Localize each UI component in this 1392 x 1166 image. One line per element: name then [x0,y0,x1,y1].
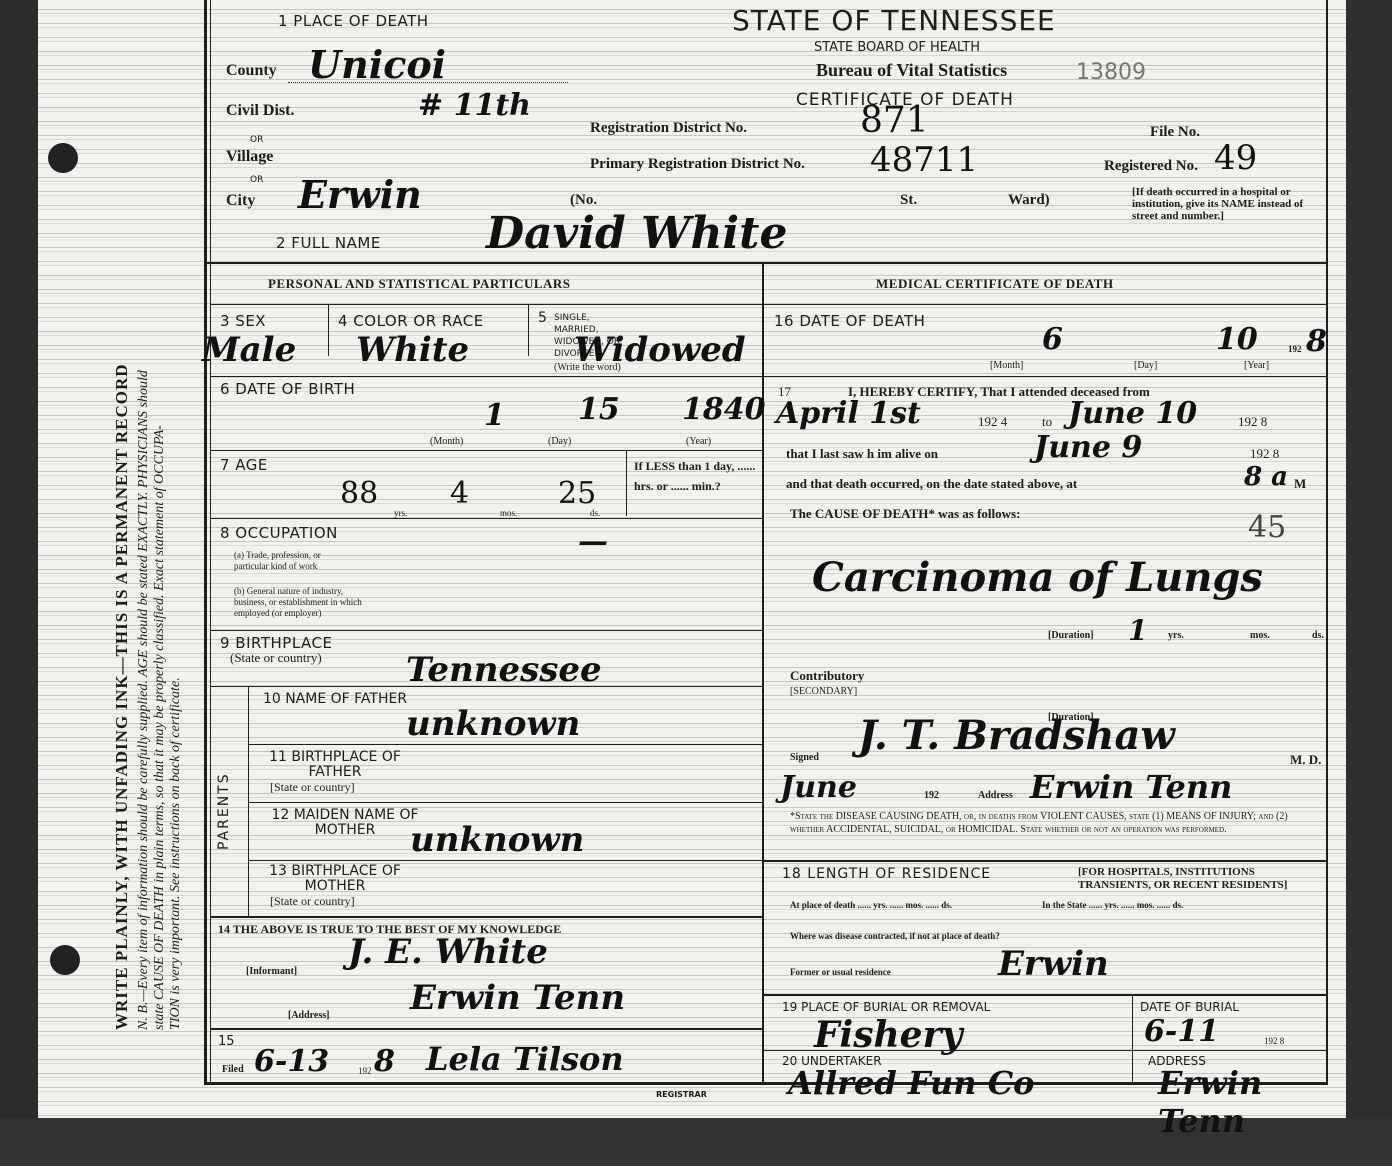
attended-from: April 1st [776,396,921,431]
divider [528,304,529,356]
dob-year: 1840 [682,392,766,427]
divider [764,376,1326,377]
street-label: St. [900,192,917,209]
header-bottom-rule [204,262,1328,264]
cause-value: Carcinoma of Lungs [812,554,1263,601]
race-value: White [356,330,469,370]
death-time-suffix: M [1294,476,1306,492]
yrs-caption: yrs. [394,508,407,518]
divider [210,686,762,687]
filed-date: 6-13 [254,1044,329,1079]
reg-district-label: Registration District No. [590,120,747,137]
secondary-label: [SECONDARY] [790,686,857,697]
personal-heading: PERSONAL AND STATISTICAL PARTICULARS [268,276,571,292]
place-of-death-heading: 1 PLACE OF DEATH [278,12,429,30]
dod-day-caption: [Day] [1134,360,1157,371]
duration-yrs: yrs. [1168,630,1184,641]
undertaker-value: Allred Fun Co [788,1064,1035,1102]
mos-caption: mos. [500,508,517,518]
birthplace-hint: (State or country) [230,650,322,666]
signed-year: 192 [924,790,939,801]
filed-label: Filed [222,1064,244,1075]
marital-num: 5 [538,310,547,326]
divider [210,376,762,377]
filing-num: 15 [218,1034,235,1049]
father-birthplace-label: 11 BIRTHPLACE OF FATHER [260,750,410,780]
form-right-border [1326,0,1328,1085]
civil-dist-label: Civil Dist. [226,102,294,120]
residence-in-state: In the State ...... yrs. ...... mos. ...… [1042,900,1322,910]
margin-note: 45 [1248,510,1286,545]
divider [210,304,762,305]
former-residence-value: Erwin [998,944,1109,984]
divider [764,1050,1326,1051]
street-no-label: (No. [570,192,597,209]
dod-month-caption: [Month] [990,360,1023,371]
column-divider [762,262,764,1082]
or-separator: OR [250,175,263,185]
primary-district-label: Primary Registration District No. [590,156,805,173]
registered-no-label: Registered No. [1104,158,1198,175]
sex-value: Male [202,330,296,370]
occupation-a-label: (a) Trade, profession, or particular kin… [234,550,354,572]
county-label: County [226,62,277,80]
attended-to: June 10 [1068,396,1197,431]
last-saw-value: June 9 [1034,430,1142,465]
duration-label: [Duration] [1048,630,1094,641]
divider [764,860,1326,862]
dod-year-suffix: 8 [1306,324,1327,359]
contributory-label: Contributory [790,668,864,684]
form-left-border-inner [210,0,211,1085]
sidebar-note-line1: N. B.—Every item of information should b… [136,370,152,1030]
state-title: STATE OF TENNESSEE [732,4,1056,37]
age-label: 7 AGE [220,456,268,474]
divider [764,304,1326,305]
primary-district-value: 48711 [870,140,978,180]
form-left-border [204,0,207,1085]
cause-label: The CAUSE OF DEATH* was as follows: [790,506,1020,522]
filed-year-suffix: 8 [374,1044,395,1079]
dob-day: 15 [578,392,620,427]
punch-hole-icon [48,143,78,173]
divider [210,1028,762,1030]
stamp-number: 13809 [1076,60,1146,85]
undertaker-address-value: Erwin Tenn [1158,1064,1346,1140]
dod-year-prefix: 192 [1288,344,1302,354]
divider [328,304,329,356]
dob-label: 6 DATE OF BIRTH [220,380,355,398]
age-years: 88 [340,476,378,511]
sidebar-note-line3: TION is very important. See instructions… [168,677,184,1030]
duration-ds: ds. [1312,630,1324,641]
informant-address-value: Erwin Tenn [410,978,625,1018]
divider [210,630,762,631]
informant-value: J. E. White [348,932,548,972]
divider [1132,994,1133,1084]
residence-at-place: At place of death ...... yrs. ...... mos… [790,900,1060,910]
day-caption: (Day) [548,436,571,447]
divider [210,916,762,918]
occupation-b-label: (b) General nature of industry, business… [234,586,374,619]
dob-month: 1 [484,398,505,433]
signed-address-value: Erwin Tenn [1030,768,1232,806]
civil-dist-value: # 11th [418,88,531,123]
sidebar-main-notice: WRITE PLAINLY, WITH UNFADING INK—THIS IS… [112,363,132,1030]
state-board-title: STATE BOARD OF HEALTH [814,40,980,55]
cause-footnote: *State the DISEASE CAUSING DEATH, or, in… [790,810,1318,836]
burial-date-year: 192 8 [1264,1036,1284,1046]
divider [626,450,627,516]
burial-date-label: DATE OF BURIAL [1140,1000,1239,1014]
hospital-note: [If death occurred in a hospital or inst… [1132,186,1322,222]
ds-caption: ds. [590,508,600,518]
duration-mos: mos. [1250,630,1270,641]
occupation-a-value: — [578,524,608,559]
mother-birthplace-label: 13 BIRTHPLACE OF MOTHER [260,864,410,894]
divider [248,860,762,861]
to-word: to [1042,414,1052,430]
divider [210,450,762,451]
dod-year-caption: [Year] [1244,360,1269,371]
reg-district-value: 871 [860,100,929,141]
birthplace-value: Tennessee [406,650,602,690]
last-saw-year: 192 8 [1250,446,1279,462]
city-value: Erwin [298,172,422,217]
dod-label: 16 DATE OF DEATH [774,312,925,330]
divider [210,518,762,519]
scan-background-left [0,0,40,1166]
city-label: City [226,192,255,210]
residence-heading: 18 LENGTH OF RESIDENCE [782,866,991,882]
less-than-day-note: If LESS than 1 day, ...... hrs. or .....… [634,456,760,496]
bureau-title: Bureau of Vital Statistics [816,60,1007,81]
attended-to-year: 192 8 [1238,414,1267,430]
sidebar-note-line2: state CAUSE OF DEATH in plain terms, so … [152,425,168,1030]
contracted-label: Where was disease contracted, if not at … [790,930,1010,942]
parents-side-label: PARENTS [216,772,232,850]
filed-year-prefix: 192 [358,1066,372,1076]
or-separator: OR [250,135,263,145]
father-name-value: unknown [406,704,580,744]
year-caption: (Year) [686,436,711,447]
duration-years: 1 [1128,614,1147,647]
registrar-value: Lela Tilson [426,1040,624,1078]
death-certificate: WRITE PLAINLY, WITH UNFADING INK—THIS IS… [38,0,1346,1118]
burial-date-value: 6-11 [1144,1014,1219,1049]
father-birthplace-hint: [State or country] [270,780,355,795]
punch-hole-icon [50,945,80,975]
dod-month: 6 [1042,322,1063,357]
marital-value: Widowed [574,330,746,370]
last-saw-text: that I last saw h im alive on [786,446,938,462]
county-value: Unicoi [308,42,446,87]
father-name-label: 10 NAME OF FATHER [260,692,410,707]
dod-day: 10 [1216,322,1258,357]
informant-label: [Informant] [246,966,297,977]
sex-label: 3 SEX [220,312,266,330]
divider [248,744,762,745]
registrar-label: REGISTRAR [656,1090,707,1099]
death-occurred-text: and that death occurred, on the date sta… [786,476,1077,492]
county-line [288,82,568,83]
signed-address-label: Address [978,790,1013,801]
signed-value: J. T. Bradshaw [858,712,1175,759]
mother-name-label: 12 MAIDEN NAME OF MOTHER [260,808,430,838]
month-caption: (Month) [430,436,463,447]
signed-label: Signed [790,752,819,763]
full-name-value: David White [486,208,787,259]
former-residence-label: Former or usual residence [790,966,900,978]
race-label: 4 COLOR OR RACE [338,312,484,330]
age-days: 25 [558,476,596,511]
residence-heading-note: [FOR HOSPITALS, INSTITUTIONS TRANSIENTS,… [1078,866,1326,892]
medical-heading: MEDICAL CERTIFICATE OF DEATH [876,276,1114,292]
divider [248,686,249,916]
mother-birthplace-hint: [State or country] [270,894,355,909]
full-name-label: 2 FULL NAME [276,234,381,252]
signed-date: June [780,770,857,805]
scan-background-right [1346,0,1392,1166]
ward-label: Ward) [1008,192,1050,209]
death-time: 8 a [1244,462,1288,492]
occupation-label: 8 OCCUPATION [220,524,338,542]
divider [764,994,1326,996]
registered-no-value: 49 [1214,138,1257,178]
file-no-label: File No. [1150,124,1200,141]
burial-place-label: 19 PLACE OF BURIAL OR REMOVAL [782,1000,990,1014]
md-label: M. D. [1290,752,1321,768]
village-label: Village [226,148,273,166]
attended-from-year: 192 4 [978,414,1007,430]
mother-name-value: unknown [410,820,584,860]
age-months: 4 [450,476,469,511]
informant-address-label: [Address] [288,1010,329,1021]
divider [248,802,762,803]
